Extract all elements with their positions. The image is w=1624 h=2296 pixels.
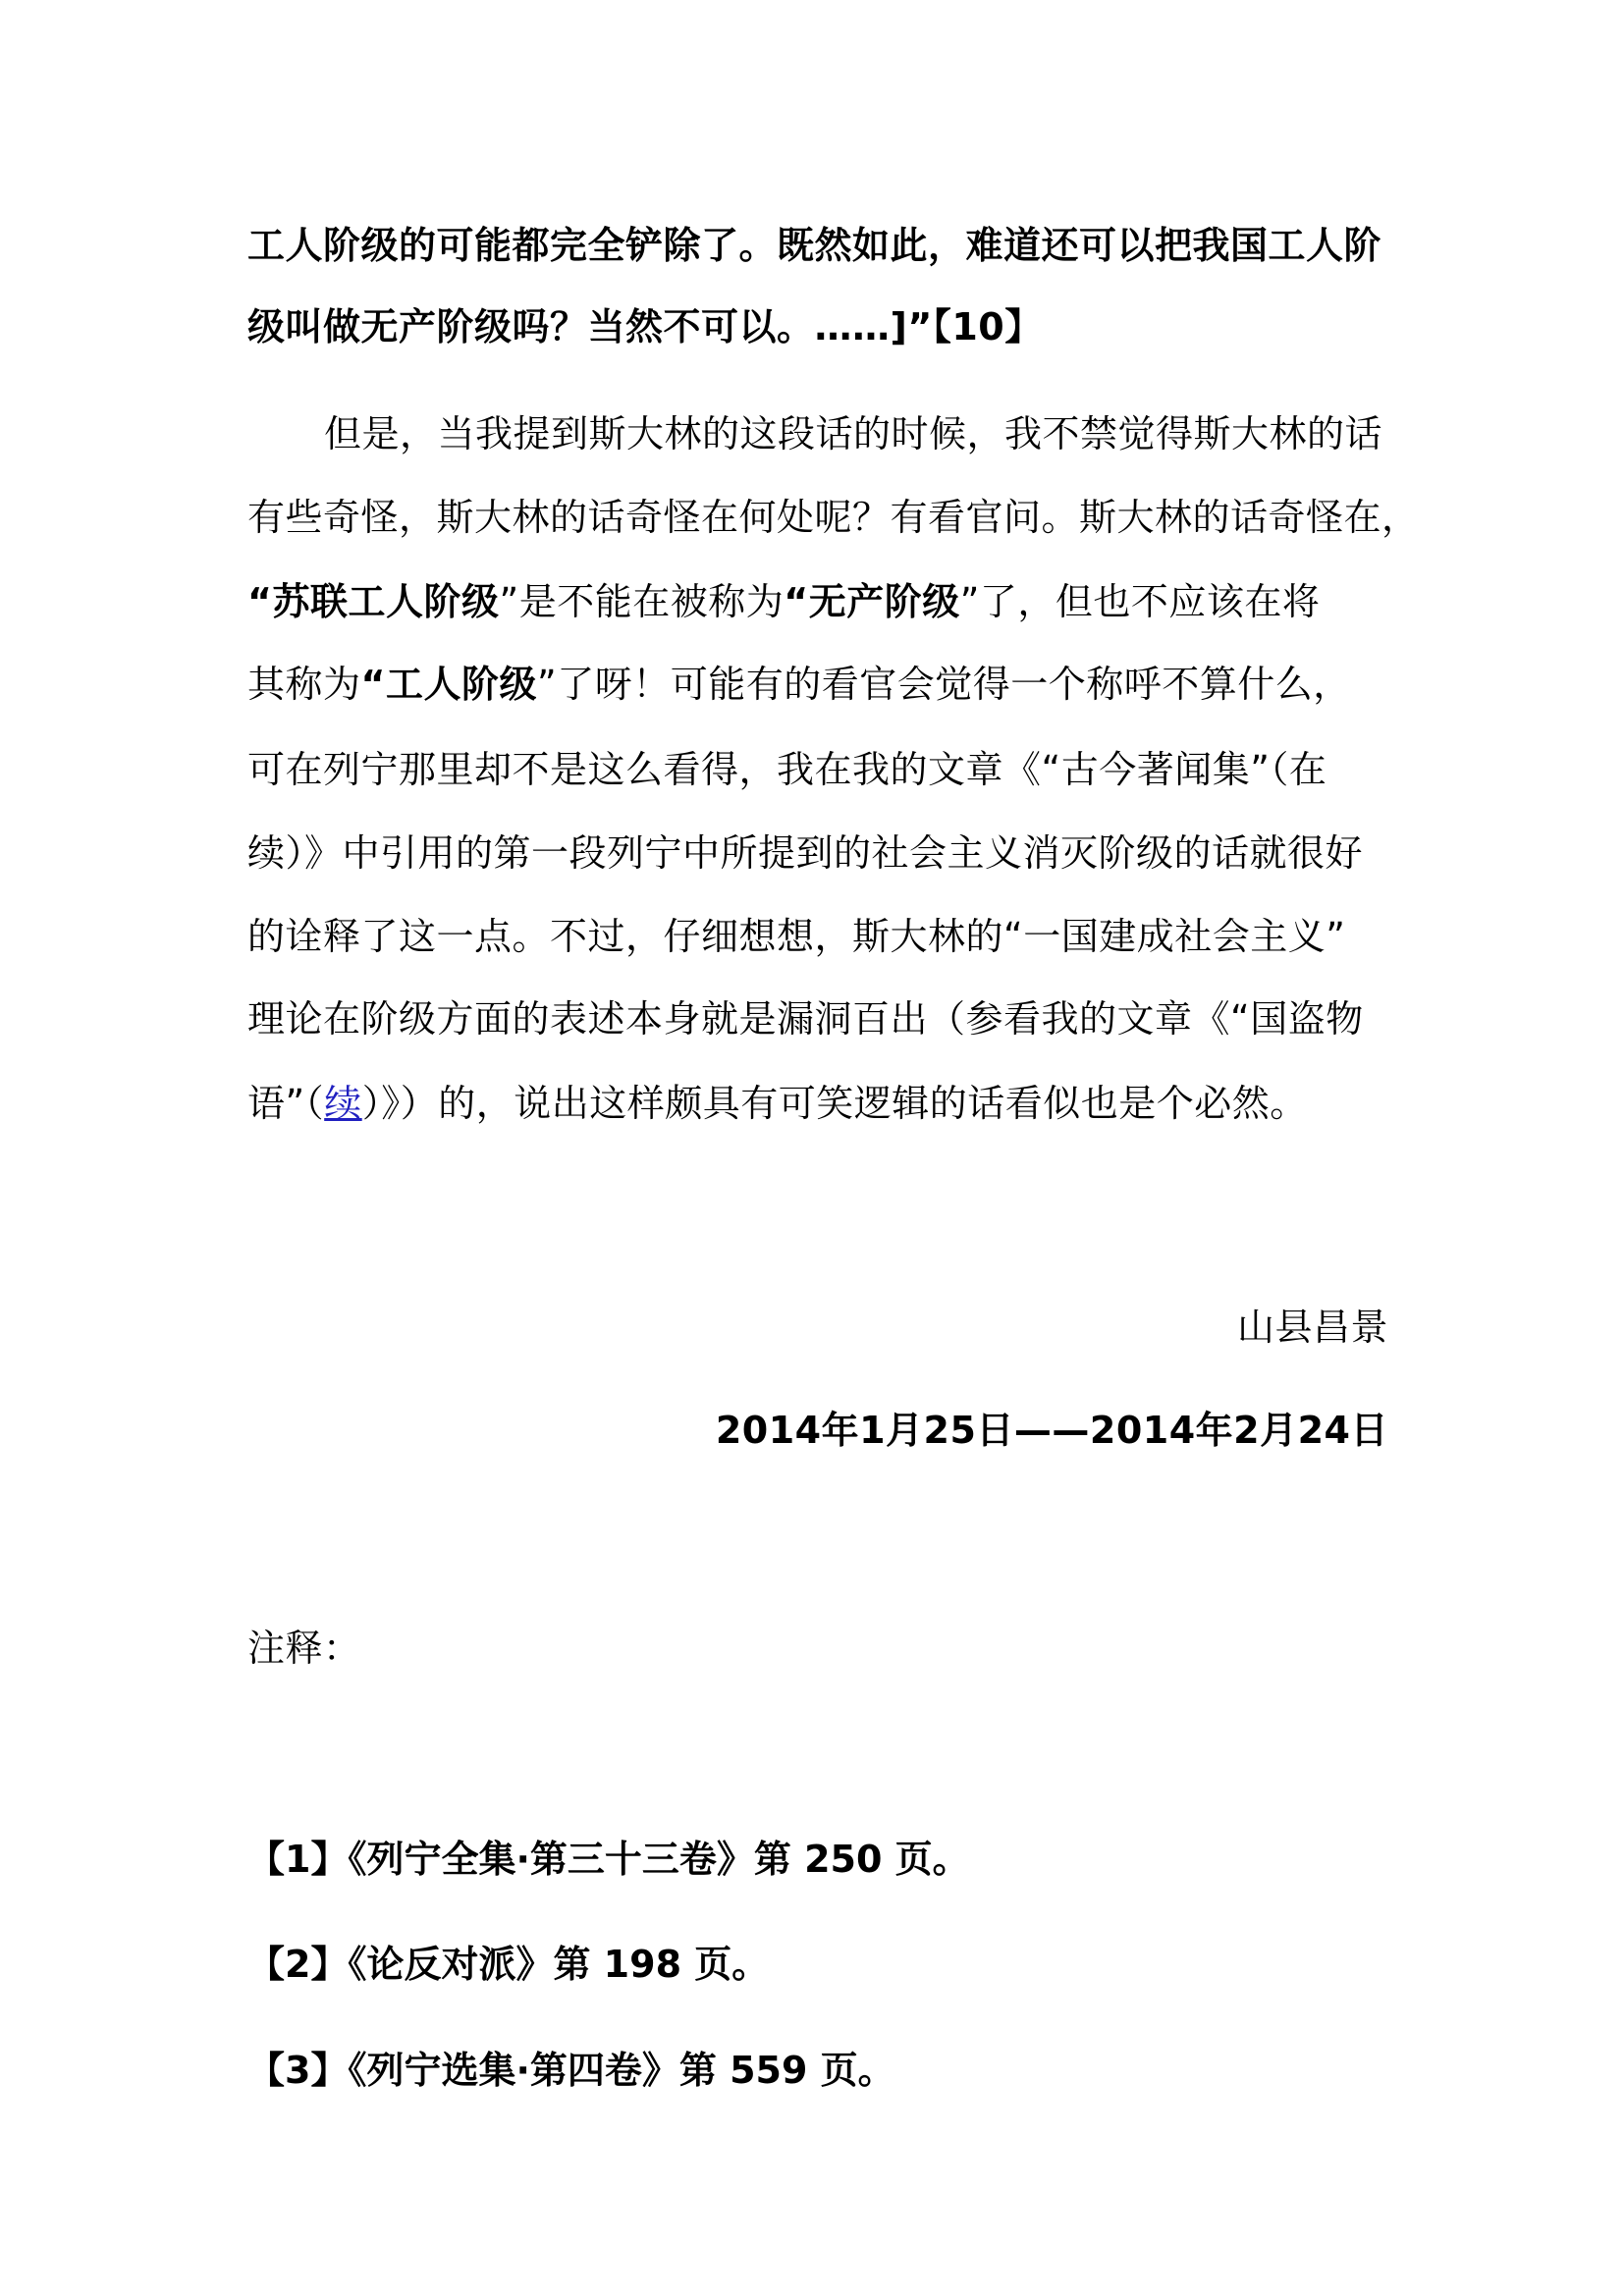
emphasized-term: 无产阶级: [809, 580, 960, 623]
paragraph-line-5: 可在列宁那里却不是这么看得，我在我的文章《“古今著闻集”（在: [247, 746, 1386, 793]
carryover-line-1: 工人阶级的可能都完全铲除了。既然如此，难道还可以把我国工人阶: [247, 222, 1386, 269]
note-marker: 【2】: [247, 1943, 348, 1986]
note-text: 《列宁选集·第四卷》第 559 页。: [348, 2049, 894, 2092]
text-span: 其称为: [247, 663, 361, 706]
paragraph-line-8: 理论在阶级方面的表述本身就是漏洞百出（参看我的文章《“国盗物: [247, 995, 1386, 1042]
author-signature: 山县昌景: [1237, 1304, 1388, 1351]
text-span: 了呀！可能有的看官会觉得一个称呼不算什么，: [557, 663, 1351, 706]
quote-open: “: [247, 580, 272, 623]
note-text: 《列宁全集·第三十三卷》第 250 页。: [348, 1838, 969, 1881]
quote-close: ”: [960, 580, 980, 623]
note-marker: 【3】: [247, 2049, 348, 2092]
date-range: 2014年1月25日——2014年2月24日: [716, 1407, 1388, 1454]
paragraph-line-4: 其称为“工人阶级”了呀！可能有的看官会觉得一个称呼不算什么，: [247, 661, 1386, 708]
carryover-line-2: 级叫做无产阶级吗？当然不可以。……]”【10】: [247, 303, 1386, 350]
note-marker: 【1】: [247, 1838, 348, 1881]
paragraph-line-7: 的诠释了这一点。不过，仔细想想，斯大林的“一国建成社会主义”: [247, 913, 1386, 960]
note-item-3: 【3】《列宁选集·第四卷》第 559 页。: [247, 2047, 895, 2094]
text-span: 语”（: [247, 1082, 324, 1125]
paragraph-line-2: 有些奇怪，斯大林的话奇怪在何处呢？有看官问。斯大林的话奇怪在，: [247, 494, 1386, 541]
text-span: ）》）的，说出这样颇具有可笑逻辑的话看似也是个必然。: [362, 1082, 1308, 1125]
emphasized-term: 工人阶级: [386, 663, 537, 706]
quote-close: ”: [500, 580, 519, 623]
paragraph-line-6: 续）》中引用的第一段列宁中所提到的社会主义消灭阶级的话就很好: [247, 829, 1386, 877]
notes-heading: 注释：: [247, 1625, 1386, 1672]
quote-open: “: [361, 663, 386, 706]
text-span: 了，但也不应该在将: [980, 580, 1321, 623]
continued-article-link[interactable]: 续: [324, 1082, 362, 1125]
document-page: 工人阶级的可能都完全铲除了。既然如此，难道还可以把我国工人阶 级叫做无产阶级吗？…: [0, 0, 1624, 2296]
note-item-1: 【1】《列宁全集·第三十三卷》第 250 页。: [247, 1836, 970, 1883]
quote-open: “: [784, 580, 808, 623]
quote-close: ”: [537, 663, 557, 706]
text-span: 是不能在被称为: [519, 580, 785, 623]
paragraph-line-9: 语”（续）》）的，说出这样颇具有可笑逻辑的话看似也是个必然。: [247, 1080, 1386, 1127]
paragraph-line-3: “苏联工人阶级”是不能在被称为“无产阶级”了，但也不应该在将: [247, 578, 1386, 625]
emphasized-term: 苏联工人阶级: [272, 580, 499, 623]
note-item-2: 【2】《论反对派》第 198 页。: [247, 1941, 769, 1988]
note-text: 《论反对派》第 198 页。: [348, 1943, 769, 1986]
paragraph-line-1: 但是，当我提到斯大林的这段话的时候，我不禁觉得斯大林的话: [324, 410, 1386, 457]
